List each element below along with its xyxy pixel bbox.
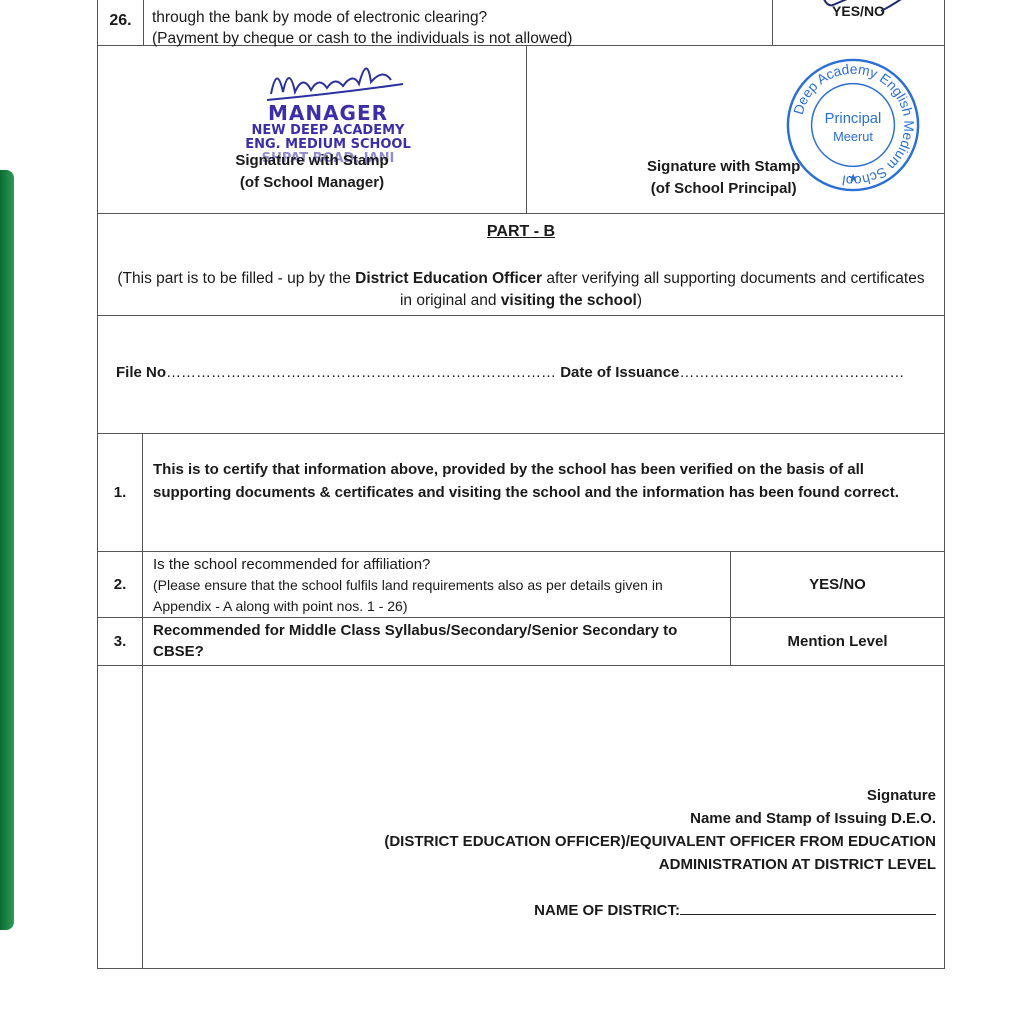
svg-text:★: ★: [848, 171, 859, 185]
item-3-row: 3. Recommended for Middle Class Syllabus…: [97, 618, 945, 666]
label-line: Signature with Stamp: [98, 150, 526, 172]
file-number-row: File No…………………………………………………………………… Date o…: [97, 316, 945, 434]
item-number: 2.: [98, 552, 143, 617]
svg-text:Principal: Principal: [825, 111, 882, 127]
file-no-label: File No: [116, 364, 166, 381]
question-text: Is the school recommended for affiliatio…: [153, 554, 720, 575]
item-2-row: 2. Is the school recommended for affilia…: [97, 552, 945, 618]
label-line: (of School Manager): [98, 172, 526, 194]
manager-signature-label: Signature with Stamp (of School Manager): [98, 150, 526, 194]
deo-line: ADMINISTRATION AT DISTRICT LEVEL: [384, 853, 936, 876]
deo-line: (DISTRICT EDUCATION OFFICER)/EQUIVALENT …: [384, 830, 936, 853]
label-line: Signature with Stamp: [647, 156, 800, 178]
background-green-strip: [0, 170, 14, 930]
district-name-field: NAME OF DISTRICT:: [534, 900, 936, 919]
manager-signature-icon: [263, 54, 413, 104]
level-question: Recommended for Middle Class Syllabus/Se…: [143, 618, 731, 665]
svg-text:Meerut: Meerut: [833, 129, 873, 144]
principal-signature-cell: Deep Academy English Medium School Princ…: [527, 46, 944, 213]
desc-bold: District Education Officer: [355, 270, 542, 287]
deo-details: Signature Name and Stamp of Issuing D.E.…: [384, 784, 936, 876]
stamp-line: MANAGER: [213, 102, 443, 124]
level-answer[interactable]: Mention Level: [731, 618, 944, 665]
date-of-issuance-field[interactable]: ………………………………………: [679, 364, 904, 381]
deo-signature-block: Signature Name and Stamp of Issuing D.E.…: [97, 666, 945, 969]
part-b-header: PART - B (This part is to be filled - up…: [97, 214, 945, 316]
handwritten-tick-icon: [821, 0, 911, 15]
district-input-line[interactable]: [680, 900, 936, 915]
question-note: (Please ensure that the school fulfils l…: [153, 575, 720, 617]
file-date-line: File No…………………………………………………………………… Date o…: [116, 364, 904, 381]
desc-text: (This part is to be filled - up by the: [117, 270, 355, 287]
item-number: 3.: [98, 618, 143, 665]
label-line: (of School Principal): [647, 178, 800, 200]
deo-line: Name and Stamp of Issuing D.E.O.: [384, 807, 936, 830]
row-number: 26.: [98, 0, 144, 45]
part-b-description: (This part is to be filled - up by the D…: [98, 241, 944, 312]
certification-text: This is to certify that information abov…: [143, 434, 944, 551]
item-number: 1.: [98, 434, 143, 551]
affiliation-answer[interactable]: YES/NO: [731, 552, 944, 617]
deo-signature-cell: Signature Name and Stamp of Issuing D.E.…: [143, 666, 944, 968]
manager-signature-cell: MANAGER NEW DEEP ACADEMY ENG. MEDIUM SCH…: [98, 46, 527, 213]
deo-line: Signature: [384, 784, 936, 807]
stamp-line: NEW DEEP ACADEMY: [213, 124, 443, 138]
empty-number-cell: [98, 666, 143, 968]
row-26: 26. through the bank by mode of electron…: [97, 0, 945, 46]
desc-bold: visiting the school: [501, 292, 637, 309]
signature-row: MANAGER NEW DEEP ACADEMY ENG. MEDIUM SCH…: [97, 46, 945, 214]
principal-stamp-icon: Deep Academy English Medium School Princ…: [784, 56, 922, 194]
date-of-issuance-label: Date of Issuance: [560, 364, 679, 381]
part-b-title: PART - B: [98, 214, 944, 241]
question-line: through the bank by mode of electronic c…: [152, 7, 764, 28]
principal-signature-label: Signature with Stamp (of School Principa…: [647, 156, 800, 200]
district-label: NAME OF DISTRICT:: [534, 902, 680, 919]
item-1-row: 1. This is to certify that information a…: [97, 434, 945, 552]
file-no-field[interactable]: ……………………………………………………………………: [166, 364, 556, 381]
form-page: 26. through the bank by mode of electron…: [97, 0, 945, 969]
row-question: through the bank by mode of electronic c…: [144, 0, 773, 45]
affiliation-question: Is the school recommended for affiliatio…: [143, 552, 731, 617]
answer-cell: YES/NO: [773, 0, 944, 45]
desc-text: ): [637, 292, 642, 309]
